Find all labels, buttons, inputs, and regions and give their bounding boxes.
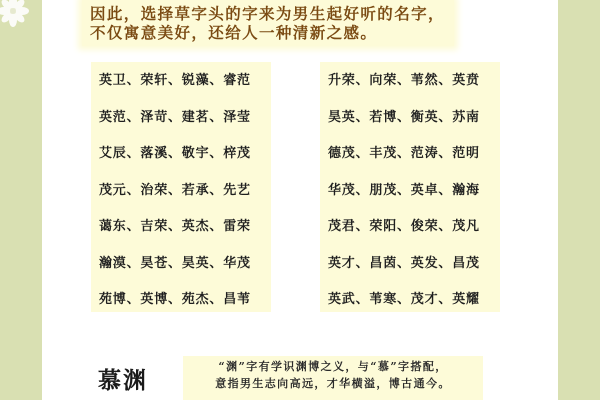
intro-line: 因此，选择草字头的字来为男生起好听的名字， <box>90 4 454 23</box>
names-row: 英才、昌茵、英发、昌茂 <box>328 253 500 290</box>
featured-name-description: “渊”字有学识渊博之义，与“慕”字搭配， 意指男生志向高远，才华横溢，博古通今。 <box>183 356 483 400</box>
names-row: 瀚漠、昊苍、昊英、华茂 <box>99 253 271 290</box>
names-row: 英范、泽苛、建茗、泽莹 <box>99 107 271 144</box>
featured-name-title: 慕渊 <box>98 362 148 395</box>
names-row: 苑博、英博、苑杰、昌苇 <box>99 289 271 326</box>
intro-line: 不仅寓意美好，还给人一种清新之感。 <box>90 23 454 42</box>
names-row: 茂君、荣阳、俊荣、茂凡 <box>328 216 500 253</box>
names-row: 德茂、丰茂、范涛、范明 <box>328 143 500 180</box>
names-list-right: 升荣、向荣、苇然、英贲 昊英、若博、衡英、苏南 德茂、丰茂、范涛、范明 华茂、朋… <box>320 62 500 312</box>
intro-paragraph: 因此，选择草字头的字来为男生起好听的名字， 不仅寓意美好，还给人一种清新之感。 <box>82 0 454 46</box>
description-line: 意指男生志向高远，才华横溢，博古通今。 <box>183 375 483 392</box>
names-row: 艾辰、落溪、敬宇、梓茂 <box>99 143 271 180</box>
right-decor-strip <box>558 0 600 400</box>
names-row: 升荣、向荣、苇然、英贲 <box>328 70 500 107</box>
description-line: “渊”字有学识渊博之义，与“慕”字搭配， <box>183 358 483 375</box>
names-row: 茂元、治荣、若承、先艺 <box>99 180 271 217</box>
names-row: 英武、苇寒、茂才、英耀 <box>328 289 500 326</box>
flower-icon <box>0 0 30 28</box>
names-row: 蔼东、吉荣、英杰、雷荣 <box>99 216 271 253</box>
names-row: 昊英、若博、衡英、苏南 <box>328 107 500 144</box>
left-decor-strip <box>0 0 42 400</box>
names-row: 华茂、朋茂、英卓、瀚海 <box>328 180 500 217</box>
names-list-left: 英卫、荣轩、锐藻、睿范 英范、泽苛、建茗、泽莹 艾辰、落溪、敬宇、梓茂 茂元、治… <box>91 62 271 312</box>
names-row: 英卫、荣轩、锐藻、睿范 <box>99 70 271 107</box>
